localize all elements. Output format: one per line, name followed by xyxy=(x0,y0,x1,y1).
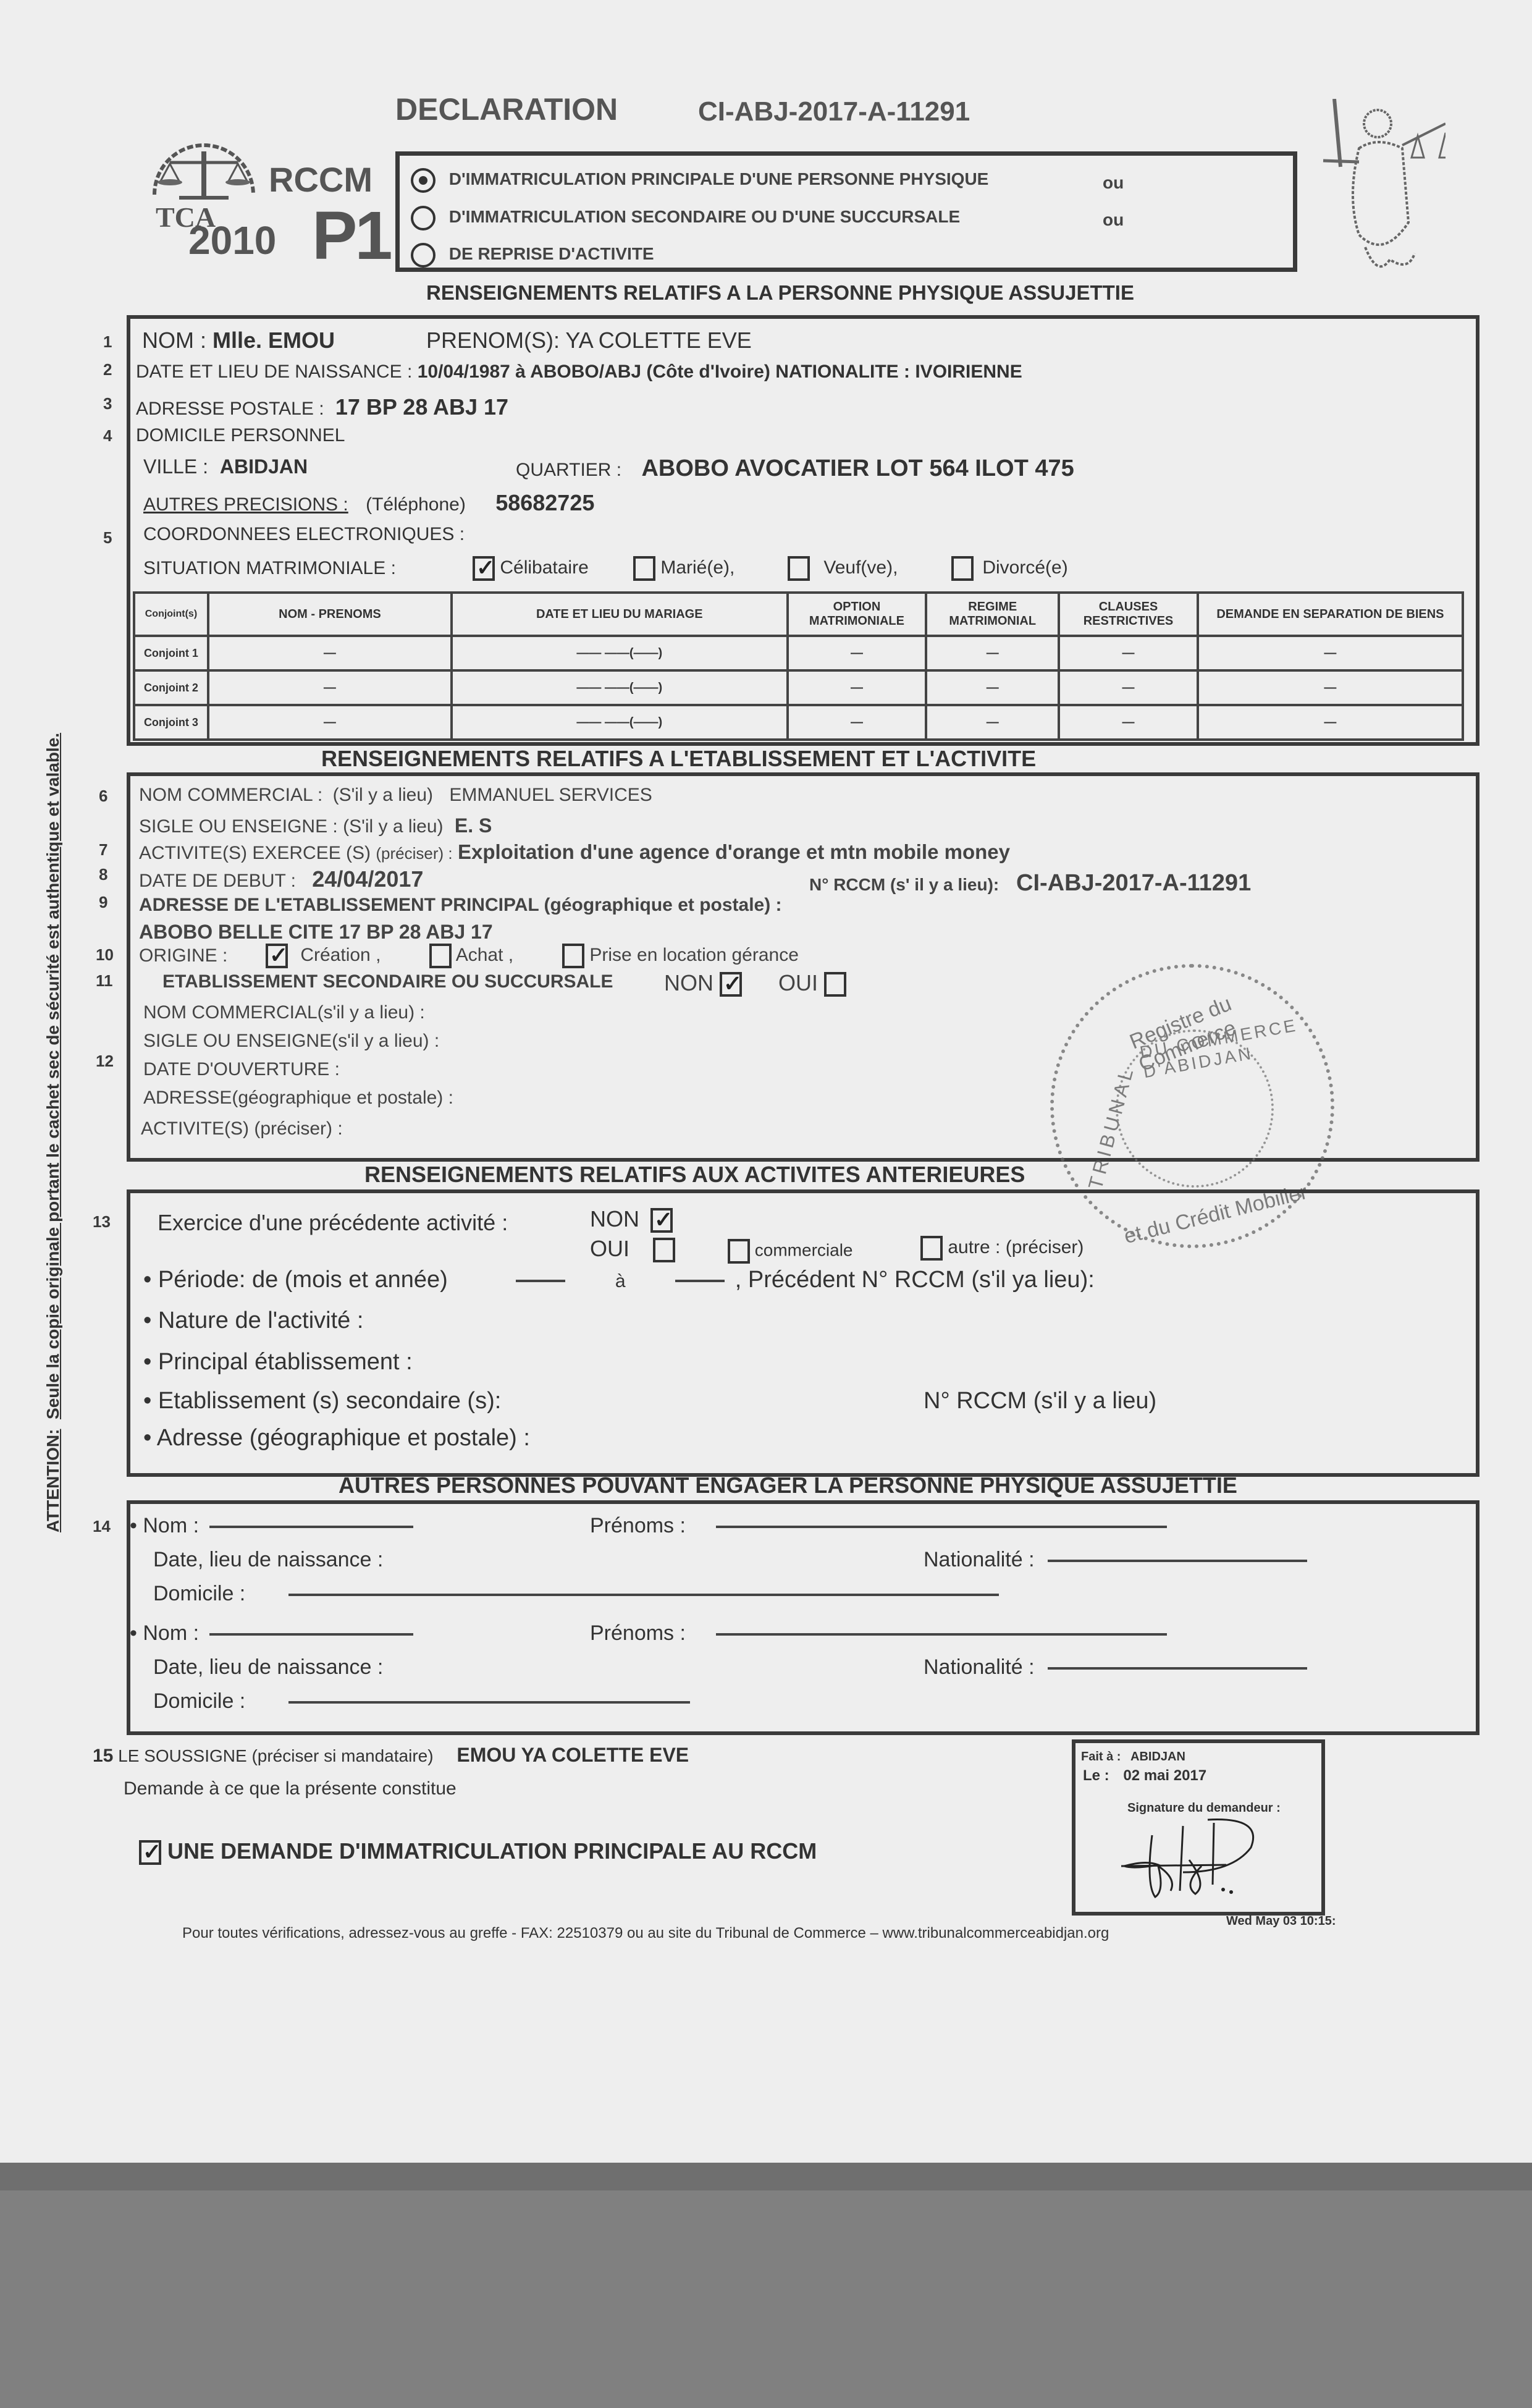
person-nationalite-row: Nationalité : xyxy=(924,1655,1307,1679)
non-label: NON xyxy=(664,970,713,995)
secondaires-label: • Etablissement (s) secondaire (s): xyxy=(143,1388,501,1414)
etab-rccm-value: CI-ABJ-2017-A-11291 xyxy=(1016,870,1251,896)
conjoint-cell: — xyxy=(926,636,1059,670)
declaration-option-secondaire[interactable]: D'IMMATRICULATION SECONDAIRE OU D'UNE SU… xyxy=(411,206,960,230)
header-rccm-number: CI-ABJ-2017-A-11291 xyxy=(698,96,970,127)
line-number: 10 xyxy=(96,945,114,965)
conjoint-cell: — xyxy=(208,636,452,670)
section-autres-personnes-title: AUTRES PERSONNES POUVANT ENGAGER LA PERS… xyxy=(339,1472,1237,1498)
adresse-postale-row: ADRESSE POSTALE : 17 BP 28 ABJ 17 xyxy=(136,394,508,420)
conjoint-cell: — xyxy=(1059,670,1198,705)
secondaire-non[interactable]: NON xyxy=(664,970,742,997)
checkbox-anterieure-non[interactable] xyxy=(650,1208,673,1233)
origine-creation[interactable]: Création , xyxy=(266,944,381,968)
quartier-row: QUARTIER : ABOBO AVOCATIER LOT 564 ILOT … xyxy=(516,455,1074,482)
side-notice-text: Seule la copie originale portant le cach… xyxy=(43,733,62,1419)
option-label: Célibataire xyxy=(500,557,588,578)
anterieure-non[interactable]: NON xyxy=(590,1206,673,1233)
checkbox-autre[interactable] xyxy=(920,1236,943,1261)
section-anterieures-title: RENSEIGNEMENTS RELATIFS AUX ACTIVITES AN… xyxy=(364,1162,1025,1188)
person-nom-label: • Nom : xyxy=(130,1514,199,1537)
person-nom-blank xyxy=(209,1526,413,1528)
conjoint-label: Conjoint 2 xyxy=(134,670,208,705)
column-header: REGIME MATRIMONIAL xyxy=(926,593,1059,636)
periode-a: à xyxy=(615,1271,626,1291)
checkbox-marie[interactable] xyxy=(633,556,655,581)
demande-option[interactable]: UNE DEMANDE D'IMMATRICULATION PRINCIPALE… xyxy=(139,1838,817,1865)
periode-label: • Période: de (mois et année) xyxy=(143,1267,448,1293)
option-label: Prise en location gérance xyxy=(589,945,799,965)
etab-rccm-row: N° RCCM (s' il y a lieu): CI-ABJ-2017-A-… xyxy=(809,870,1251,897)
ville-value: ABIDJAN xyxy=(220,455,308,478)
coordonnees-label: COORDONNEES ELECTRONIQUES : xyxy=(143,524,465,545)
checkbox-secondaire-non[interactable] xyxy=(720,972,742,997)
sec-date-ouverture-label: DATE D'OUVERTURE : xyxy=(143,1059,340,1080)
nom-commercial-hint: (S'il y a lieu) xyxy=(333,785,433,805)
line-number: 13 xyxy=(93,1212,111,1231)
demande-option-label: UNE DEMANDE D'IMMATRICULATION PRINCIPALE… xyxy=(167,1838,817,1864)
ou-text: ou xyxy=(1103,173,1124,193)
line-number: 2 xyxy=(103,360,112,379)
option-label: Divorcé(e) xyxy=(982,557,1067,578)
nom-value: Mlle. EMOU xyxy=(213,327,335,353)
person-prenoms-row: Prénoms : xyxy=(590,1514,1167,1538)
option-label: autre : (préciser) xyxy=(948,1237,1084,1257)
periode-to-blank xyxy=(675,1280,725,1282)
declaration-option-principale[interactable]: D'IMMATRICULATION PRINCIPALE D'UNE PERSO… xyxy=(411,168,988,193)
checkbox-creation[interactable] xyxy=(266,944,288,968)
origine-label: ORIGINE : xyxy=(139,945,227,966)
line-number: 5 xyxy=(103,528,112,547)
conjoints-table: Conjoint(s) NOM - PRENOMS DATE ET LIEU D… xyxy=(133,591,1464,741)
autres-precisions-label: AUTRES PRECISIONS : xyxy=(143,494,348,515)
fait-row: Fait à : ABIDJAN xyxy=(1081,1750,1185,1764)
checkbox-divorce[interactable] xyxy=(951,556,974,581)
situation-divorce[interactable]: Divorcé(e) xyxy=(951,556,1068,581)
conjoint-cell: — xyxy=(926,670,1059,705)
conjoint-cell: — xyxy=(1198,636,1463,670)
form-code-p: P1 xyxy=(312,196,390,275)
person-nationalite-label: Nationalité : xyxy=(924,1655,1035,1679)
footer-text: Pour toutes vérifications, adressez-vous… xyxy=(182,1925,1109,1942)
column-header: CLAUSES RESTRICTIVES xyxy=(1059,593,1198,636)
naissance-label: DATE ET LIEU DE NAISSANCE : xyxy=(136,361,412,382)
person-nationalite-blank xyxy=(1048,1560,1307,1562)
adresse-principal-value: ABOBO BELLE CITE 17 BP 28 ABJ 17 xyxy=(139,921,493,944)
person-domicile-row: Domicile : xyxy=(153,1689,690,1713)
sigle-label: SIGLE OU ENSEIGNE : xyxy=(139,816,338,837)
person-domicile-label: Domicile : xyxy=(153,1582,245,1605)
ou-text: ou xyxy=(1103,210,1124,230)
date-debut-label: DATE DE DEBUT : xyxy=(139,871,296,891)
conjoint-cell: — xyxy=(1059,705,1198,740)
document-title: DECLARATION xyxy=(395,91,618,127)
conjoint-cell: — xyxy=(788,670,927,705)
column-header: NOM - PRENOMS xyxy=(208,593,452,636)
option-label: DE REPRISE D'ACTIVITE xyxy=(449,244,654,263)
radio-secondaire[interactable] xyxy=(411,206,436,230)
nom-commercial-label: NOM COMMERCIAL : xyxy=(139,785,322,805)
checkbox-anterieure-oui[interactable] xyxy=(653,1238,675,1262)
side-notice: ATTENTION: Seule la copie originale port… xyxy=(43,733,63,1532)
line-number: 9 xyxy=(99,893,107,912)
person-naissance-label: Date, lieu de naissance : xyxy=(153,1655,383,1679)
nationalite-value: IVOIRIENNE xyxy=(915,361,1022,382)
checkbox-veuf[interactable] xyxy=(788,556,810,581)
person-domicile-row: Domicile : xyxy=(153,1582,999,1606)
conjoints-header-row: Conjoint(s) NOM - PRENOMS DATE ET LIEU D… xyxy=(134,593,1463,636)
line-number: 15 xyxy=(93,1746,113,1766)
periode-row: • Période: de (mois et année) à , Précéd… xyxy=(143,1267,1095,1293)
person-naissance-label: Date, lieu de naissance : xyxy=(153,1548,383,1572)
telephone-label: (Téléphone) xyxy=(366,494,466,515)
nom-commercial-row: NOM COMMERCIAL : (S'il y a lieu) EMMANUE… xyxy=(139,785,652,806)
person-nationalite-blank xyxy=(1048,1667,1307,1670)
column-header: DATE ET LIEU DU MARIAGE xyxy=(452,593,788,636)
conjoint-cell: — xyxy=(926,705,1059,740)
activite-hint: (préciser) : xyxy=(376,844,452,863)
option-label: Veuf(ve), xyxy=(823,557,898,578)
conjoint-cell: — xyxy=(788,636,927,670)
checkbox-demande[interactable] xyxy=(139,1840,161,1865)
radio-reprise[interactable] xyxy=(411,243,436,268)
exercice-label: Exercice d'une précédente activité : xyxy=(158,1210,508,1236)
adresse-label: • Adresse (géographique et postale) : xyxy=(143,1425,530,1451)
lady-justice-illustration xyxy=(1322,99,1446,284)
person-domicile-label: Domicile : xyxy=(153,1689,245,1713)
le-row: Le : 02 mai 2017 xyxy=(1083,1767,1206,1785)
nature-label: • Nature de l'activité : xyxy=(143,1308,363,1334)
situation-veuf[interactable]: Veuf(ve), xyxy=(788,556,898,581)
ville-label: VILLE : xyxy=(143,455,208,478)
anterieure-oui[interactable]: OUI xyxy=(590,1236,675,1262)
adresse-principal-label: ADRESSE DE L'ETABLISSEMENT PRINCIPAL (gé… xyxy=(139,895,782,916)
conjoint-row: Conjoint 3——— ——(——)———— xyxy=(134,705,1463,740)
option-label: Création , xyxy=(300,945,381,965)
anterieure-autre[interactable]: autre : (préciser) xyxy=(920,1236,1084,1261)
conjoint-cell: — xyxy=(1198,670,1463,705)
line-number: 1 xyxy=(103,332,112,352)
conjoint-cell: — xyxy=(208,670,452,705)
line-number: 7 xyxy=(99,840,107,860)
line-number: 6 xyxy=(99,787,107,806)
column-header: DEMANDE EN SEPARATION DE BIENS xyxy=(1198,593,1463,636)
form-code-rccm: RCCM xyxy=(269,159,372,200)
section-etablissement-title: RENSEIGNEMENTS RELATIFS A L'ETABLISSEMEN… xyxy=(321,746,1036,772)
conjoint-cell: —— ——(——) xyxy=(452,636,788,670)
autres-precisions-row: AUTRES PRECISIONS : (Téléphone) 58682725 xyxy=(143,490,594,516)
person-nationalite-label: Nationalité : xyxy=(924,1548,1035,1571)
nom-label: NOM : xyxy=(142,327,206,353)
secondaires-rccm-label: N° RCCM (s'il y a lieu) xyxy=(924,1388,1156,1414)
sigle-value: E. S xyxy=(455,814,492,837)
prenoms-label: PRENOM(S): xyxy=(426,327,560,353)
checkbox-celibataire[interactable] xyxy=(473,556,495,581)
oui-label: OUI xyxy=(590,1236,629,1261)
person-prenoms-label: Prénoms : xyxy=(590,1621,686,1645)
signature xyxy=(1121,1817,1263,1903)
sigle-row: SIGLE OU ENSEIGNE : (S'il y a lieu) E. S xyxy=(139,814,492,837)
origine-achat[interactable]: Achat , xyxy=(429,944,513,968)
date-debut-value: 24/04/2017 xyxy=(312,866,423,892)
conjoint-cell: —— ——(——) xyxy=(452,670,788,705)
line-number: 8 xyxy=(99,865,107,884)
activite-row: ACTIVITE(S) EXERCEE (S) (préciser) : Exp… xyxy=(139,840,1010,864)
person-nom-blank xyxy=(209,1633,413,1636)
anterieure-commerciale[interactable]: commerciale xyxy=(728,1239,852,1264)
sec-nom-commercial-label: NOM COMMERCIAL(s'il y a lieu) : xyxy=(143,1002,425,1023)
lady-justice-icon xyxy=(1322,99,1446,284)
line-number: 14 xyxy=(93,1517,111,1536)
sec-adresse-label: ADRESSE(géographique et postale) : xyxy=(143,1088,453,1109)
conjoint-row: Conjoint 2——— ——(——)———— xyxy=(134,670,1463,705)
soussigne-value: EMOU YA COLETTE EVE xyxy=(457,1744,689,1766)
ville-row: VILLE : ABIDJAN xyxy=(143,455,308,478)
person-prenoms-blank xyxy=(716,1633,1167,1636)
option-label: commerciale xyxy=(755,1240,853,1259)
line-number: 3 xyxy=(103,394,112,413)
conjoint-cell: — xyxy=(208,705,452,740)
nom-commercial-value: EMMANUEL SERVICES xyxy=(449,785,652,805)
conjoint-label: Conjoint 1 xyxy=(134,636,208,670)
person-domicile-blank xyxy=(288,1701,690,1704)
person-nationalite-row: Nationalité : xyxy=(924,1548,1307,1572)
prenoms-value: YA COLETTE EVE xyxy=(565,327,751,353)
activite-label: ACTIVITE(S) EXERCEE (S) xyxy=(139,843,371,863)
conjoint-row: Conjoint 1——— ——(——)———— xyxy=(134,636,1463,670)
soussigne-label: LE SOUSSIGNE xyxy=(118,1746,247,1765)
conjoint-label: Conjoint 3 xyxy=(134,705,208,740)
le-value: 02 mai 2017 xyxy=(1123,1767,1206,1784)
date-debut-row: DATE DE DEBUT : 24/04/2017 xyxy=(139,866,423,892)
option-label: Marié(e), xyxy=(660,557,734,578)
declaration-option-reprise[interactable]: DE REPRISE D'ACTIVITE xyxy=(411,243,654,268)
signature-timestamp: Wed May 03 10:15: xyxy=(1226,1914,1336,1929)
column-header: OPTION MATRIMONIALE xyxy=(788,593,927,636)
quartier-label: QUARTIER : xyxy=(516,460,621,480)
checkbox-location[interactable] xyxy=(562,944,584,968)
situation-marie[interactable]: Marié(e), xyxy=(633,556,734,581)
precedent-rccm-label: , Précédent N° RCCM (s'il ya lieu): xyxy=(735,1267,1095,1293)
fait-label: Fait à : xyxy=(1081,1750,1121,1764)
periode-from-blank xyxy=(516,1280,565,1282)
soussigne-row: 15 LE SOUSSIGNE (préciser si mandataire)… xyxy=(93,1744,689,1767)
person-domicile-blank xyxy=(288,1594,999,1596)
line-number: 12 xyxy=(96,1052,114,1071)
activite-value: Exploitation d'une agence d'orange et mt… xyxy=(458,840,1010,863)
option-label: D'IMMATRICULATION PRINCIPALE D'UNE PERSO… xyxy=(449,169,989,188)
telephone-value: 58682725 xyxy=(495,490,594,515)
person-nom-row: • Nom : xyxy=(130,1514,413,1538)
person-prenoms-row: Prénoms : xyxy=(590,1621,1167,1645)
column-header: Conjoint(s) xyxy=(134,593,208,636)
adresse-postale-label: ADRESSE POSTALE : xyxy=(136,399,324,419)
section-person-title: RENSEIGNEMENTS RELATIFS A LA PERSONNE PH… xyxy=(426,281,1134,305)
conjoint-cell: — xyxy=(788,705,927,740)
naissance-row: DATE ET LIEU DE NAISSANCE : 10/04/1987 à… xyxy=(136,361,1022,382)
checkbox-commerciale[interactable] xyxy=(728,1239,750,1264)
form-code-year: 2010 xyxy=(188,218,276,263)
soussigne-hint: (préciser si mandataire) xyxy=(251,1746,433,1765)
option-label: Achat , xyxy=(456,945,513,965)
person-prenoms-label: Prénoms : xyxy=(590,1514,686,1537)
conjoint-cell: —— ——(——) xyxy=(452,705,788,740)
conjoint-cell: — xyxy=(1059,636,1198,670)
secondaire-oui[interactable]: OUI xyxy=(778,970,846,997)
principal-label: • Principal établissement : xyxy=(143,1349,413,1375)
origine-location[interactable]: Prise en location gérance xyxy=(562,944,799,968)
person-prenoms-blank xyxy=(716,1526,1167,1528)
line-number: 11 xyxy=(96,971,113,991)
nationalite-label: NATIONALITE : xyxy=(775,361,910,382)
sec-sigle-label: SIGLE OU ENSEIGNE(s'il y a lieu) : xyxy=(143,1031,439,1052)
sigle-hint: (S'il y a lieu) xyxy=(343,816,443,837)
situation-celibataire[interactable]: Célibataire xyxy=(473,556,589,581)
naissance-value: 10/04/1987 à ABOBO/ABJ (Côte d'Ivoire) xyxy=(418,361,770,382)
adresse-postale-value: 17 BP 28 ABJ 17 xyxy=(335,394,508,420)
oui-label: OUI xyxy=(778,970,818,995)
radio-principale[interactable] xyxy=(411,168,436,193)
domicile-label: DOMICILE PERSONNEL xyxy=(136,425,345,446)
secondaire-label: ETABLISSEMENT SECONDAIRE OU SUCCURSALE xyxy=(162,971,613,992)
nom-row: NOM : Mlle. EMOU xyxy=(142,327,335,353)
etab-rccm-label: N° RCCM (s' il y a lieu): xyxy=(809,875,999,894)
scanner-edge xyxy=(0,2163,1532,2190)
person-nom-label: • Nom : xyxy=(130,1621,199,1645)
line-number: 4 xyxy=(103,426,112,446)
non-label: NON xyxy=(590,1206,639,1231)
signature-label: Signature du demandeur : xyxy=(1127,1801,1281,1815)
situation-label: SITUATION MATRIMONIALE : xyxy=(143,558,396,579)
option-label: D'IMMATRICULATION SECONDAIRE OU D'UNE SU… xyxy=(449,207,960,226)
side-notice-label: ATTENTION: xyxy=(43,1429,62,1532)
signature-icon xyxy=(1121,1817,1263,1903)
prenoms-row: PRENOM(S): YA COLETTE EVE xyxy=(426,327,752,353)
le-label: Le : xyxy=(1083,1767,1109,1784)
quartier-value: ABOBO AVOCATIER LOT 564 ILOT 475 xyxy=(641,455,1074,481)
checkbox-secondaire-oui[interactable] xyxy=(824,972,846,997)
person-nom-row: • Nom : xyxy=(130,1621,413,1645)
demande-text: Demande à ce que la présente constitue xyxy=(124,1778,457,1799)
sec-activite-label: ACTIVITE(S) (préciser) : xyxy=(141,1118,343,1139)
conjoint-cell: — xyxy=(1198,705,1463,740)
fait-value: ABIDJAN xyxy=(1130,1750,1185,1764)
checkbox-achat[interactable] xyxy=(429,944,452,968)
